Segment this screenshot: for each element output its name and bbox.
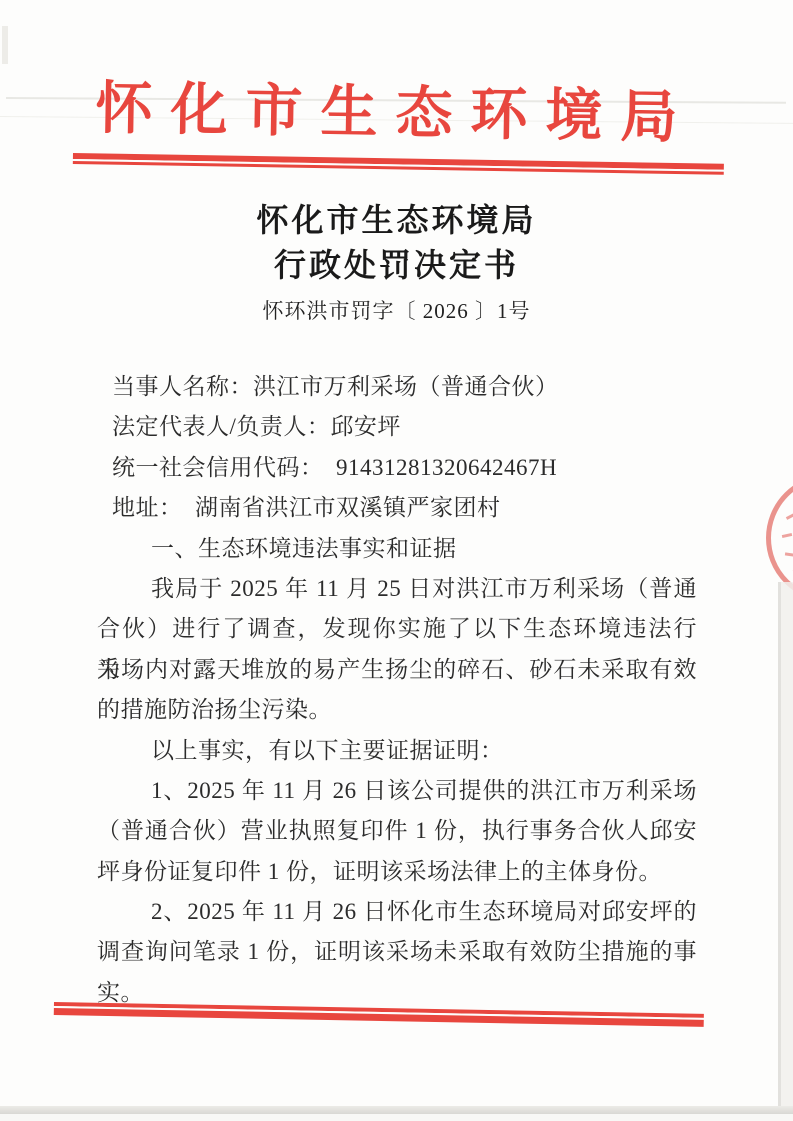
- document-number: 怀环洪市罚字〔 2026 〕1号: [0, 295, 793, 325]
- body-line: 合伙）进行了调查，发现你实施了以下生态环境违法行为：: [97, 609, 697, 649]
- body-line: 1、2025 年 11 月 26 日该公司提供的洪江市万利采场: [97, 771, 697, 811]
- body-line: 采场内对露天堆放的易产生扬尘的碎石、砂石未采取有效: [97, 650, 697, 690]
- letterhead-double-rule: [73, 153, 724, 175]
- page-edge-bottom-shadow: [0, 1106, 793, 1114]
- scan-background: [0, 1114, 793, 1121]
- body-line: 一、生态环境违法事实和证据: [97, 529, 697, 569]
- body-line: 统一社会信用代码： 91431281320642467H: [97, 448, 697, 488]
- body-line: 的措施防治扬尘污染。: [97, 690, 697, 730]
- body-line: 当事人名称：洪江市万利采场（普通合伙）: [97, 367, 697, 407]
- page-edge-right-shadow: [778, 582, 793, 1112]
- body-line: 调查询问笔录 1 份，证明该采场未采取有效防尘措施的事: [97, 932, 697, 972]
- scan-corner-artifact: [2, 26, 8, 64]
- body-line: 以上事实，有以下主要证据证明：: [97, 731, 697, 771]
- document-title-block: 怀化市生态环境局 行政处罚决定书 怀环洪市罚字〔 2026 〕1号: [0, 198, 793, 325]
- body-line: （普通合伙）营业执照复印件 1 份，执行事务合伙人邱安: [97, 811, 697, 851]
- body-line: 2、2025 年 11 月 26 日怀化市生态环境局对邱安坪的: [97, 892, 697, 932]
- body-line: 坪身份证复印件 1 份，证明该采场法律上的主体身份。: [97, 852, 697, 892]
- body-line: 地址： 湖南省洪江市双溪镇严家团村: [97, 488, 697, 528]
- scanned-penalty-decision-document: 怀化市生态环境局 怀化市生态环境局 行政处罚决定书 怀环洪市罚字〔 2026 〕…: [0, 0, 793, 1121]
- document-title-line1: 怀化市生态环境局: [0, 198, 793, 243]
- letterhead-org-name: 怀化市生态环境局: [65, 78, 726, 150]
- body-line: 我局于 2025 年 11 月 25 日对洪江市万利采场（普通: [97, 569, 697, 609]
- document-body: 当事人名称：洪江市万利采场（普通合伙） 法定代表人/负责人：邱安坪 统一社会信用…: [97, 367, 697, 1013]
- document-title-line2: 行政处罚决定书: [0, 243, 793, 288]
- body-line: 法定代表人/负责人：邱安坪: [97, 407, 697, 447]
